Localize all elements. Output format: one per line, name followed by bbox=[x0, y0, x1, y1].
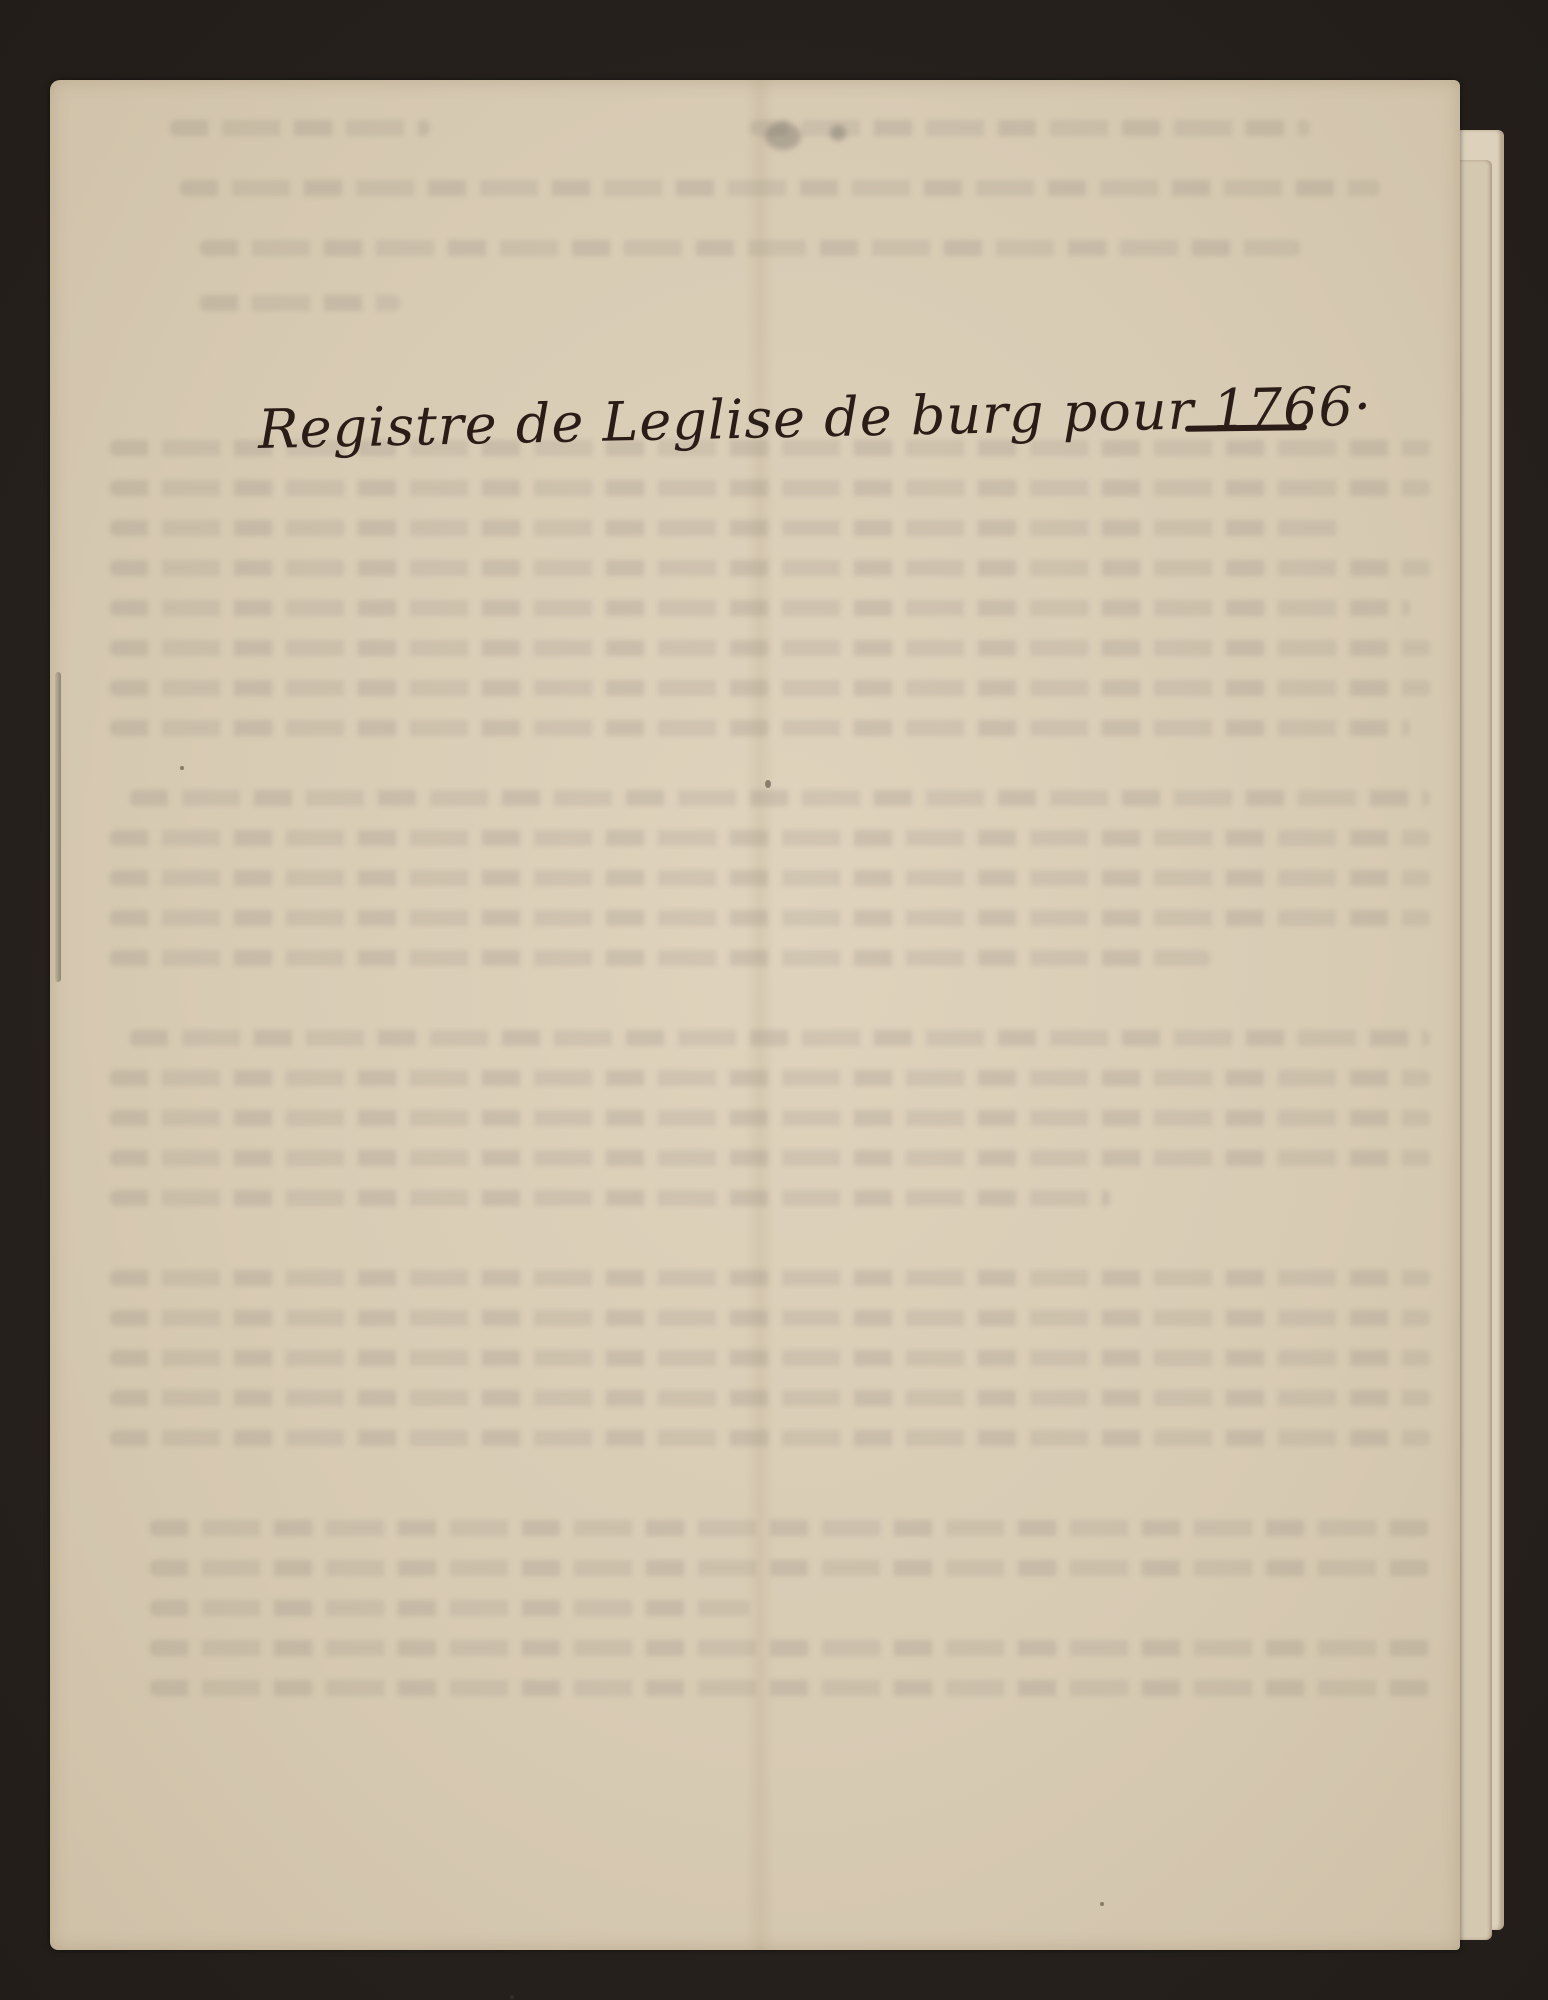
bleed-through-line bbox=[110, 950, 1210, 966]
bleed-through-line bbox=[130, 1030, 1430, 1046]
bleed-through-line bbox=[110, 480, 1430, 496]
bleed-through-line bbox=[110, 680, 1430, 696]
bleed-through-line bbox=[110, 1430, 1430, 1446]
bleed-through-line bbox=[110, 1350, 1430, 1366]
binding-thread bbox=[55, 672, 61, 982]
bleed-through-line bbox=[150, 1680, 1430, 1696]
bleed-through-line bbox=[110, 600, 1410, 616]
ink-stain bbox=[765, 122, 801, 150]
bleed-through-line bbox=[110, 520, 1350, 536]
bleed-through-line bbox=[110, 640, 1430, 656]
bleed-through-line bbox=[110, 1270, 1430, 1286]
bleed-through-line bbox=[200, 240, 1300, 256]
bleed-through-line bbox=[170, 120, 430, 136]
bleed-through-line bbox=[150, 1560, 1430, 1576]
paper-speck bbox=[1100, 1902, 1104, 1906]
bleed-through-line bbox=[130, 790, 1430, 806]
ink-stain bbox=[830, 125, 846, 141]
bleed-through-line bbox=[110, 830, 1430, 846]
bleed-through-line bbox=[110, 1150, 1430, 1166]
bleed-through-line bbox=[110, 1390, 1430, 1406]
bleed-through-line bbox=[150, 1600, 750, 1616]
bleed-through-line bbox=[110, 1310, 1430, 1326]
bleed-through-line bbox=[110, 870, 1430, 886]
bleed-through-line bbox=[110, 560, 1430, 576]
paper-speck bbox=[180, 766, 184, 770]
bleed-through-line bbox=[150, 1520, 1430, 1536]
bleed-through-line bbox=[110, 1070, 1430, 1086]
paper-speck bbox=[510, 1995, 514, 1999]
bleed-through-line bbox=[200, 295, 400, 311]
manuscript-page bbox=[50, 80, 1460, 1950]
bleed-through-line bbox=[110, 910, 1430, 926]
bleed-through-line bbox=[110, 1190, 1110, 1206]
bleed-through-line bbox=[180, 180, 1380, 196]
bleed-through-line bbox=[110, 1110, 1430, 1126]
paper-speck bbox=[765, 780, 771, 788]
bleed-through-line bbox=[150, 1640, 1430, 1656]
bleed-through-line bbox=[110, 720, 1410, 736]
